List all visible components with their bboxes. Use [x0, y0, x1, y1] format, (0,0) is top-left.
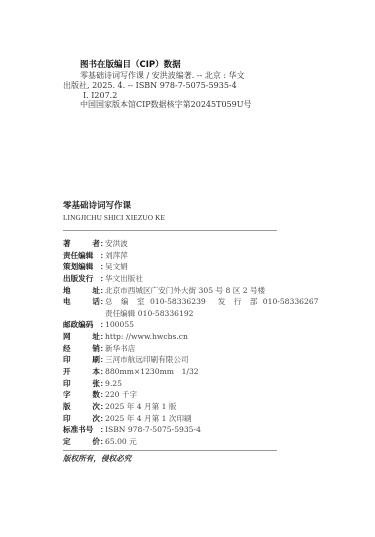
detail-value: 吴文娟 [104, 261, 128, 273]
detail-row-printing: 印次 ： 2025 年 4 月第 1 次印刷 [63, 413, 323, 425]
detail-label: 著者 [63, 238, 100, 250]
detail-value: 三河市航远印刷有限公司 [104, 354, 189, 366]
detail-row-phone: 电话 ： 总 编 室 010-58336239发 行 部 010-5833626… [63, 296, 323, 308]
detail-label: 字数 [63, 389, 100, 401]
cip-line: 中国国家版本馆CIP数据核字第20245T059U号 [63, 100, 303, 110]
detail-value: 安洪波 [104, 238, 128, 250]
detail-label: 印张 [63, 378, 100, 390]
detail-label: 地址 [63, 285, 100, 297]
detail-label: 责任编辑 [63, 250, 100, 262]
detail-label: 印刷 [63, 354, 100, 366]
detail-row-printer: 印刷 ： 三河市航远印刷有限公司 [63, 354, 323, 366]
detail-row-address: 地址 ： 北京市西城区广安门外大街 305 号 8 区 2 号楼 [63, 285, 323, 297]
cip-block: 图书在版编目（CIP）数据 零基础诗词写作课 / 安洪波编著. -- 北京 : … [63, 60, 303, 110]
detail-row-postcode: 邮政编码 ： 100055 [63, 319, 323, 331]
detail-row-website: 网址 ： http: //www.hwcbs.cn [63, 331, 323, 343]
detail-value: 华文出版社 [104, 273, 143, 285]
detail-value: 65.00 元 [104, 436, 137, 448]
cip-line: 零基础诗词写作课 / 安洪波编著. -- 北京 : 华文 [63, 71, 303, 81]
detail-value: 北京市西城区广安门外大街 305 号 8 区 2 号楼 [104, 285, 265, 297]
cip-line: 出版社, 2025. 4. -- ISBN 978-7-5075-5935-4 [63, 81, 303, 91]
detail-row-planner: 策划编辑 ： 吴文娟 [63, 261, 323, 273]
detail-row-isbn: 标准书号 ： ISBN 978-7-5075-5935-4 [63, 424, 323, 436]
detail-row-words: 字数 ： 220 千字 [63, 389, 323, 401]
detail-label: 定价 [63, 436, 100, 448]
detail-row-publisher: 出版发行 ： 华文出版社 [63, 273, 323, 285]
detail-value: 9.25 [104, 378, 122, 390]
copyright-notice: 版权所有，侵权必究 [63, 454, 131, 464]
detail-row-author: 著者 ： 安洪波 [63, 238, 323, 250]
detail-label: 邮政编码 [63, 319, 100, 331]
top-divider [63, 230, 277, 231]
detail-value: 100055 [104, 319, 134, 331]
book-title: 零基础诗词写作课 [63, 201, 131, 211]
detail-label: 出版发行 [63, 273, 100, 285]
detail-value: 2025 年 4 月第 1 次印刷 [104, 413, 192, 425]
detail-label: 印次 [63, 413, 100, 425]
detail-label: 标准书号 [63, 424, 100, 436]
book-pinyin: LINGJICHU SHICI XIEZUO KE [63, 213, 165, 222]
detail-value: ISBN 978-7-5075-5935-4 [104, 424, 201, 436]
detail-label: 策划编辑 [63, 261, 100, 273]
detail-row-distributor: 经销 ： 新华书店 [63, 343, 323, 355]
website-link[interactable]: http: //www.hwcbs.cn [104, 331, 188, 343]
detail-row-edition: 版次 ： 2025 年 4 月第 1 版 [63, 401, 323, 413]
detail-value: 刘萍萍 [104, 250, 128, 262]
detail-label: 电话 [63, 296, 100, 308]
cip-line: Ⅰ. I207.2 [63, 91, 303, 101]
cip-title: 图书在版编目（CIP）数据 [63, 60, 303, 71]
detail-label: 经销 [63, 343, 100, 355]
detail-row-price: 定价 ： 65.00 元 [63, 436, 323, 448]
detail-label: 网址 [63, 331, 100, 343]
detail-row-format: 开本 ： 880mm×1230mm 1/32 [63, 366, 323, 378]
detail-value: 220 千字 [104, 389, 137, 401]
detail-label: 开本 [63, 366, 100, 378]
publication-details: 著者 ： 安洪波 责任编辑 ： 刘萍萍 策划编辑 ： 吴文娟 出版发行 ： 华文… [63, 238, 323, 448]
detail-row-sheets: 印张 ： 9.25 [63, 378, 323, 390]
detail-value: 新华书店 [104, 343, 135, 355]
detail-value: 2025 年 4 月第 1 版 [104, 401, 176, 413]
detail-value: 总 编 室 010-58336239发 行 部 010-58336267 [104, 296, 319, 308]
bottom-divider [63, 450, 277, 451]
detail-value: 880mm×1230mm 1/32 [104, 366, 199, 378]
detail-row-editor: 责任编辑 ： 刘萍萍 [63, 250, 323, 262]
detail-value: 责任编辑 010-58336192 [104, 308, 194, 320]
detail-row-phone-editor: 责任编辑 010-58336192 [63, 308, 323, 320]
detail-label: 版次 [63, 401, 100, 413]
